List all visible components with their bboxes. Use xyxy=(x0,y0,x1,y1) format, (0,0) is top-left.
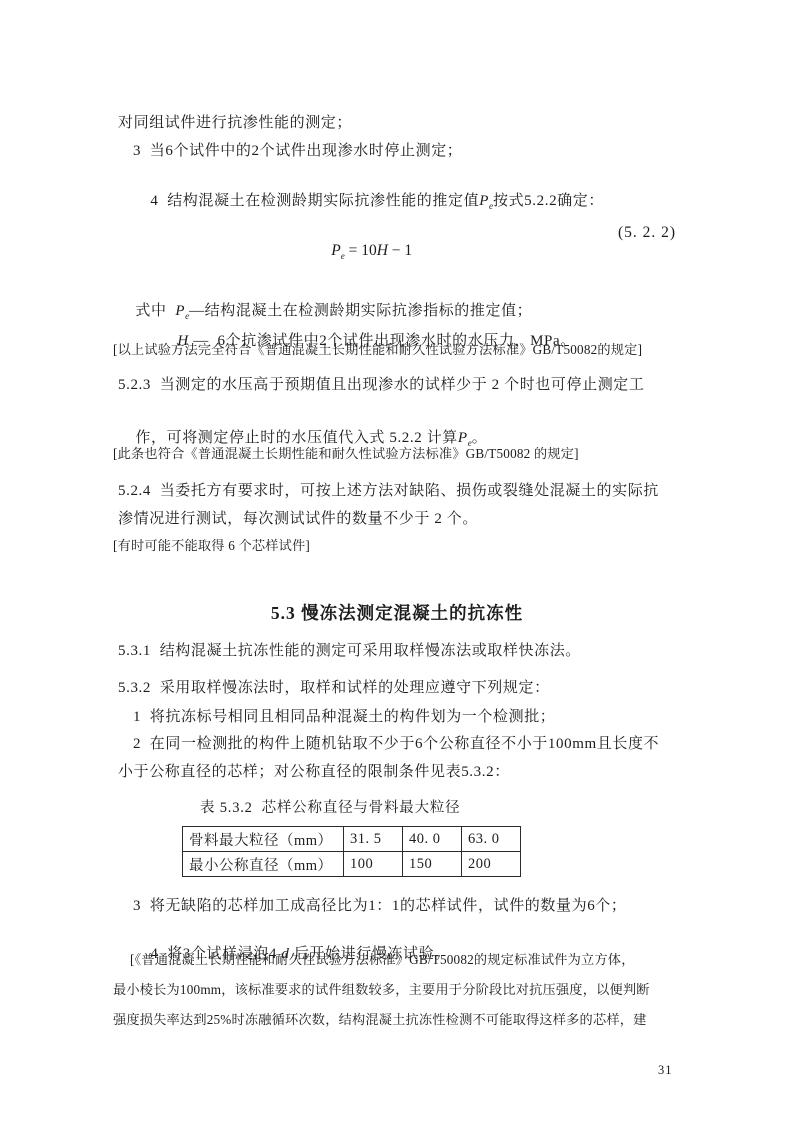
symbol-pe: Pe xyxy=(331,242,344,259)
table-row: 最小公称直径（mm） 100 150 200 xyxy=(183,852,521,877)
table-cell-value: 40. 0 xyxy=(403,827,462,852)
table-cell-value: 150 xyxy=(403,852,462,877)
document-page: 对同组试件进行抗渗性能的测定； 3 当6个试件中的2个试件出现渗水时停止测定； … xyxy=(0,0,794,1123)
table-cell-row-label: 最小公称直径（mm） xyxy=(183,852,344,877)
table-cell-value: 200 xyxy=(462,852,521,877)
annotation-note-4-line2: 最小棱长为100mm，该标准要求的试件组数较多，主要用于分阶段比对抗压强度，以便… xyxy=(113,980,650,1000)
clause-5-3-2-item1: 1 将抗冻标号相同且相同品种混凝土的构件划为一个检测批； xyxy=(133,707,555,727)
clause-5-2-4-line2: 渗情况进行测试，每次测试试件的数量不少于 2 个。 xyxy=(118,509,478,529)
table-cell-row-label: 骨料最大粒径（mm） xyxy=(183,827,344,852)
table-5-3-2-title: 表 5.3.2 芯样公称直径与骨料最大粒径 xyxy=(200,796,460,817)
clause-5-2-4-line1: 5.2.4 当委托方有要求时，可按上述方法对缺陷、损伤或裂缝处混凝土的实际抗 xyxy=(118,481,659,501)
annotation-note-4-line3: 强度损失率达到25%时冻融循环次数，结构混凝土抗冻性检测不可能取得这样多的芯样，… xyxy=(113,1010,647,1030)
clause-5-2-3-line1: 5.2.3 当测定的水压高于预期值且出现渗水的试样少于 2 个时也可停止测定工 xyxy=(118,375,645,395)
table-5-3-2: 骨料最大粒径（mm） 31. 5 40. 0 63. 0 最小公称直径（mm） … xyxy=(182,826,521,877)
table-cell-value: 63. 0 xyxy=(462,827,521,852)
table-cell-value: 31. 5 xyxy=(344,827,403,852)
table-cell-value: 100 xyxy=(344,852,403,877)
table-row: 骨料最大粒径（mm） 31. 5 40. 0 63. 0 xyxy=(183,827,521,852)
symbol-h: H xyxy=(377,242,388,259)
symbol-pe: Pe xyxy=(479,193,493,209)
annotation-note-2: [此条也符合《普通混凝土长期性能和耐久性试验方法标准》GB/T50082 的规定… xyxy=(113,444,579,464)
annotation-note-4-line1: [《普通混凝土长期性能和耐久性试验方法标准》GB/T50082的规定标准试件为立… xyxy=(130,950,635,970)
paragraph-line: 对同组试件进行抗渗性能的测定； xyxy=(118,113,352,133)
clause-5-3-1: 5.3.1 结构混凝土抗冻性能的测定可采用取样慢冻法或取样快冻法。 xyxy=(118,641,581,661)
page-number: 31 xyxy=(658,1063,673,1078)
formula-expression: Pe = 10H − 1 xyxy=(308,224,412,279)
list-item-4-text: 4 结构混凝土在检测龄期实际抗渗性能的推定值 xyxy=(150,193,479,209)
formula-number: (5. 2. 2) xyxy=(618,224,676,242)
list-item-3: 3 当6个试件中的2个试件出现渗水时停止测定； xyxy=(133,141,462,161)
annotation-note-1: [以上试验方法完全符合《普通混凝土长期性能和耐久性试验方法标准》GB/T5008… xyxy=(113,340,642,360)
clause-5-3-2-item2-line1: 2 在同一检测批的构件上随机钻取不少于6个公称直径不小于100mm且长度不 xyxy=(133,734,659,754)
clause-5-3-2-item3: 3 将无缺陷的芯样加工成高径比为1：1的芯样试件，试件的数量为6个； xyxy=(133,896,627,916)
clause-5-3-2: 5.3.2 采用取样慢冻法时，取样和试样的处理应遵守下列规定： xyxy=(118,678,550,698)
section-heading-5-3: 5.3 慢冻法测定混凝土的抗冻性 xyxy=(118,600,676,625)
list-item-4-text-tail: 按式5.2.2确定： xyxy=(493,193,604,209)
annotation-note-3: [有时可能不能取得 6 个芯样试件] xyxy=(113,536,310,556)
clause-5-3-2-item2-line2: 小于公称直径的芯样；对公称直径的限制条件见表5.3.2： xyxy=(118,762,510,782)
